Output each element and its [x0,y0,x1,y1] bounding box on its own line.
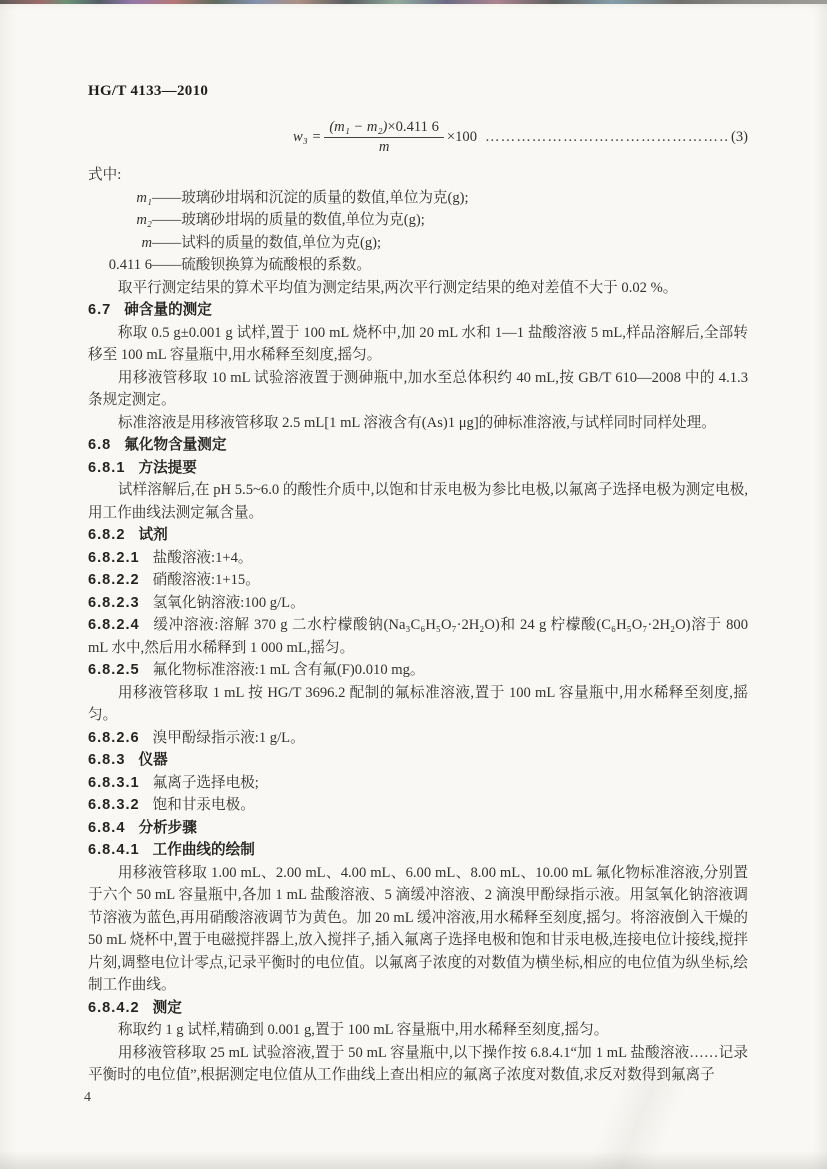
paragraph-6-8-4-1-1: 用移液管移取 1.00 mL、2.00 mL、4.00 mL、6.00 mL、8… [88,862,748,997]
formula-numerator-factor: ×0.411 6 [387,119,438,135]
symbol-m2-description: ——玻璃砂坩埚的质量的数值,单位为克(g); [152,209,748,232]
heading-6-8-4-1: 6.8.4.1工作曲线的绘制 [88,839,748,862]
scan-edge-artifact [0,0,827,4]
symbol-definition-m: m ——试料的质量的数值,单位为克(g); [88,232,748,255]
symbol-m2: m₂ [88,209,152,232]
clause-6-8-2-5-text: 氟化物标准溶液:1 mL 含有氟(F)0.010 mg。 [153,662,425,678]
heading-6-8-title: 氟化物含量测定 [124,437,226,453]
heading-6-8-3: 6.8.3仪器 [88,749,748,772]
clause-6-8-3-2: 6.8.3.2饱和甘汞电极。 [88,794,748,817]
clause-6-8-3-2-number: 6.8.3.2 [88,797,140,813]
precision-note: 取平行测定结果的算术平均值为测定结果,两次平行测定结果的绝对差值不大于 0.02… [88,277,748,300]
formula-numerator-vars: (m₁ − m₂) [329,119,387,135]
clause-6-8-2-6: 6.8.2.6溴甲酚绿指示液:1 g/L。 [88,727,748,750]
scanned-standard-page: HG/T 4133—2010 w₃ = (m₁ − m₂)×0.411 6 m … [0,0,827,1169]
standard-code-header: HG/T 4133—2010 [88,80,748,102]
clause-6-8-2-3-number: 6.8.2.3 [88,595,140,611]
clause-6-8-3-1-number: 6.8.3.1 [88,775,140,791]
heading-6-8-1: 6.8.1方法提要 [88,457,748,480]
clause-6-8-2-4: 6.8.2.4缓冲溶液:溶解 370 g 二水柠檬酸钠(Na₃C₆H₅O₇·2H… [88,614,748,659]
heading-6-7: 6.7砷含量的测定 [88,299,748,322]
heading-6-8-number: 6.8 [88,437,111,453]
heading-6-8-4-number: 6.8.4 [88,820,125,836]
heading-6-8-1-number: 6.8.1 [88,460,125,476]
heading-6-7-title: 砷含量的测定 [124,302,212,318]
heading-6-8-4-2-title: 测定 [153,1000,182,1016]
paragraph-6-7-2: 用移液管移取 10 mL 试验溶液置于测砷瓶中,加水至总体积约 40 mL,按 … [88,367,748,412]
heading-6-8-4-title: 分析步骤 [138,820,196,836]
heading-6-8: 6.8氟化物含量测定 [88,434,748,457]
heading-6-8-4-1-number: 6.8.4.1 [88,842,140,858]
document-content: HG/T 4133—2010 w₃ = (m₁ − m₂)×0.411 6 m … [88,80,748,1087]
symbol-m: m [88,232,152,255]
formula-multiplier: ×100 [447,129,477,146]
heading-6-8-1-title: 方法提要 [138,460,196,476]
symbol-definition-m1: m₁ ——玻璃砂坩埚和沉淀的质量的数值,单位为克(g); [88,187,748,210]
clause-6-8-2-1-number: 6.8.2.1 [88,550,140,566]
clause-6-8-2-3-text: 氢氧化钠溶液:100 g/L。 [153,595,305,611]
clause-6-8-2-2-text: 硝酸溶液:1+15。 [153,572,260,588]
paragraph-6-8-4-2-2: 用移液管移取 25 mL 试验溶液,置于 50 mL 容量瓶中,以下操作按 6.… [88,1042,748,1087]
heading-6-8-4-2: 6.8.4.2测定 [88,997,748,1020]
clause-6-8-2-4-number: 6.8.2.4 [88,617,140,633]
clause-6-8-2-2: 6.8.2.2硝酸溶液:1+15。 [88,569,748,592]
heading-6-8-2-number: 6.8.2 [88,527,125,543]
paragraph-6-8-4-2-1: 称取约 1 g 试样,精确到 0.001 g,置于 100 mL 容量瓶中,用水… [88,1019,748,1042]
clause-6-8-2-1: 6.8.2.1盐酸溶液:1+4。 [88,547,748,570]
heading-6-8-4: 6.8.4分析步骤 [88,817,748,840]
symbol-definition-m2: m₂ ——玻璃砂坩埚的质量的数值,单位为克(g); [88,209,748,232]
clause-6-8-2-2-number: 6.8.2.2 [88,572,140,588]
paper-fold-shadow [0,1079,827,1169]
clause-6-8-3-1-text: 氟离子选择电极; [153,775,259,791]
heading-6-8-2-title: 试剂 [138,527,167,543]
formula-dot-leader: ………………………………………………………… [485,129,727,146]
clause-6-8-2-4-text: 缓冲溶液:溶解 370 g 二水柠檬酸钠(Na₃C₆H₅O₇·2H₂O)和 24… [88,617,748,656]
paragraph-6-7-1: 称取 0.5 g±0.001 g 试样,置于 100 mL 烧杯中,加 20 m… [88,322,748,367]
clause-6-8-2-6-text: 溴甲酚绿指示液:1 g/L。 [153,730,305,746]
clause-6-8-2-5: 6.8.2.5氟化物标准溶液:1 mL 含有氟(F)0.010 mg。 [88,659,748,682]
heading-6-8-4-2-number: 6.8.4.2 [88,1000,140,1016]
paragraph-6-7-3: 标准溶液是用移液管移取 2.5 mL[1 mL 溶液含有(As)1 μg]的砷标… [88,412,748,435]
symbol-m1-description: ——玻璃砂坩埚和沉淀的质量的数值,单位为克(g); [152,187,748,210]
formula-fraction: (m₁ − m₂)×0.411 6 m [324,119,444,156]
symbol-coefficient: 0.411 6 [88,254,152,277]
heading-6-7-number: 6.7 [88,302,111,318]
symbol-m-description: ——试料的质量的数值,单位为克(g); [152,232,748,255]
symbol-coefficient-description: ——硫酸钡换算为硫酸根的系数。 [152,254,748,277]
heading-6-8-3-title: 仪器 [138,752,167,768]
clause-6-8-3-1: 6.8.3.1氟离子选择电极; [88,772,748,795]
formula-lhs: w₃ = [293,129,321,146]
formula-numerator: (m₁ − m₂)×0.411 6 [324,119,444,138]
page-number: 4 [84,1090,91,1106]
formula-3: w₃ = (m₁ − m₂)×0.411 6 m ×100 …………………………… [88,114,748,160]
heading-6-8-4-1-title: 工作曲线的绘制 [153,842,255,858]
symbol-m1: m₁ [88,187,152,210]
clause-6-8-2-6-number: 6.8.2.6 [88,730,140,746]
symbol-definition-coefficient: 0.411 6 ——硫酸钡换算为硫酸根的系数。 [88,254,748,277]
paragraph-6-8-1-1: 试样溶解后,在 pH 5.5~6.0 的酸性介质中,以饱和甘汞电极为参比电极,以… [88,479,748,524]
where-intro: 式中: [88,164,748,187]
clause-6-8-2-5-number: 6.8.2.5 [88,662,140,678]
formula-equation-number: (3) [731,129,748,146]
heading-6-8-3-number: 6.8.3 [88,752,125,768]
clause-6-8-3-2-text: 饱和甘汞电极。 [153,797,255,813]
clause-6-8-2-3: 6.8.2.3氢氧化钠溶液:100 g/L。 [88,592,748,615]
heading-6-8-2: 6.8.2试剂 [88,524,748,547]
clause-6-8-2-5-note: 用移液管移取 1 mL 按 HG/T 3696.2 配制的氟标准溶液,置于 10… [88,682,748,727]
formula-denominator: m [324,138,444,156]
clause-6-8-2-1-text: 盐酸溶液:1+4。 [153,550,253,566]
